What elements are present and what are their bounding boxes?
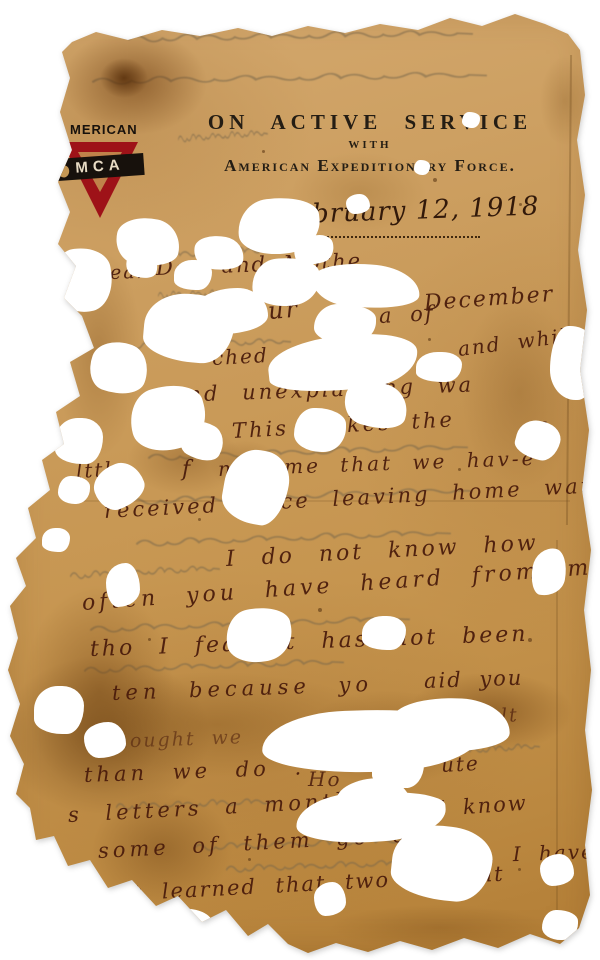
paper-hole bbox=[462, 112, 480, 128]
ink-speck bbox=[198, 518, 201, 521]
handwriting-line: received since leaving home waters bbox=[103, 471, 600, 523]
handwriting-line: I know bbox=[435, 791, 528, 821]
bleed-through-writing bbox=[92, 67, 487, 92]
paper-hole bbox=[42, 528, 70, 552]
paper-hole bbox=[141, 903, 218, 960]
paper-hole bbox=[414, 160, 430, 175]
paper-hole bbox=[550, 326, 598, 400]
paper-hole bbox=[294, 408, 346, 452]
handwriting-line: thought we bbox=[106, 726, 244, 753]
paper-hole bbox=[58, 476, 90, 504]
paper-hole bbox=[106, 563, 140, 607]
ink-speck bbox=[318, 608, 322, 612]
paper-hole bbox=[50, 244, 116, 315]
paper-hole bbox=[362, 616, 406, 650]
ink-speck bbox=[433, 178, 437, 182]
paper-hole bbox=[542, 910, 578, 940]
paper-hole bbox=[346, 194, 370, 214]
letterhead-line3: American Expeditionary Force. bbox=[168, 156, 572, 176]
paper-hole bbox=[174, 260, 212, 290]
ymca-band-text: MCA bbox=[75, 156, 125, 176]
handwriting-line: aid you bbox=[424, 666, 524, 693]
paper-hole bbox=[55, 418, 103, 464]
paper-hole bbox=[540, 854, 574, 886]
letterhead-line2: WITH bbox=[168, 139, 572, 151]
letterhead-line1: ON ACTIVE SERVICE bbox=[168, 110, 572, 135]
handwriting-line: f bbox=[182, 457, 192, 482]
paper-hole bbox=[372, 748, 424, 788]
ymca-band: MCA bbox=[55, 153, 144, 181]
ink-speck bbox=[428, 338, 431, 341]
paper-hole bbox=[34, 686, 84, 734]
letterhead: ON ACTIVE SERVICE WITH American Expediti… bbox=[168, 110, 572, 176]
stain bbox=[330, 905, 550, 950]
scan-background: { "palette": { "bg": "#ffffff", "paper":… bbox=[0, 0, 600, 960]
letter-scan: MERICAN MCA ON ACTIVE SERVICE WITH Ameri… bbox=[0, 0, 600, 960]
paper-hole bbox=[416, 352, 462, 382]
bleed-through-writing bbox=[128, 25, 473, 49]
handwriting-line: December bbox=[423, 282, 555, 316]
ymca-logo-text: MERICAN bbox=[70, 122, 138, 137]
ink-speck bbox=[518, 868, 521, 871]
torn-notch bbox=[57, 164, 71, 179]
paper-hole bbox=[84, 722, 126, 758]
letter-paper: MERICAN MCA ON ACTIVE SERVICE WITH Ameri… bbox=[0, 0, 600, 960]
paper-hole bbox=[314, 882, 346, 916]
ink-speck bbox=[248, 858, 251, 861]
